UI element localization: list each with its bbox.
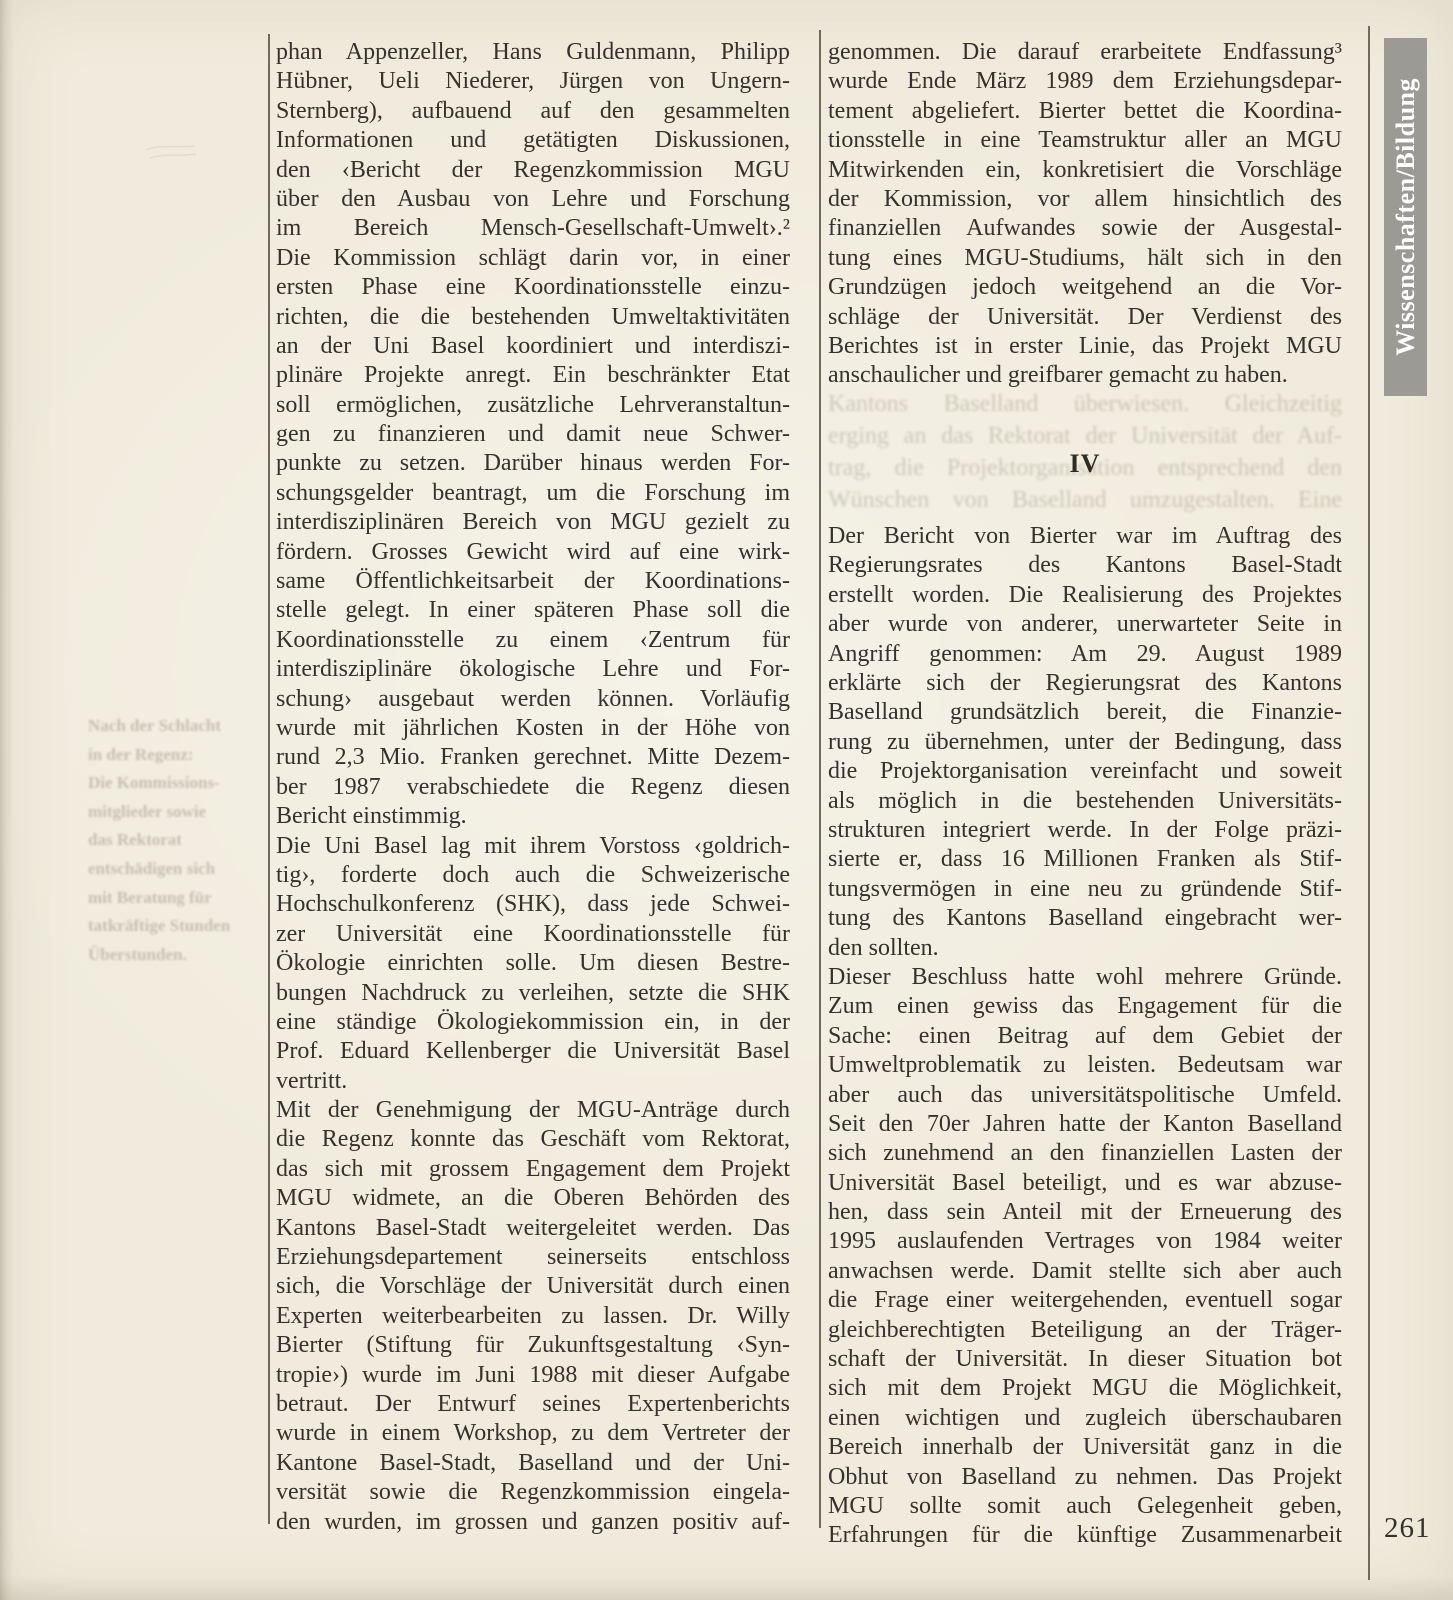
text-line: schaft der Universität. In dieser Situat… [828, 1345, 1342, 1374]
text-line: MGU sollte somit auch Gelegenheit geben, [828, 1492, 1342, 1521]
text-line: Bericht einstimmig. [276, 802, 790, 831]
text-line: erstellt worden. Die Realisierung des Pr… [828, 581, 1342, 610]
text-line: Experten weiterbearbeiten zu lassen. Dr.… [276, 1302, 790, 1331]
text-line: Baselland grundsätzlich bereit, die Fina… [828, 698, 1342, 727]
left-text-column: phan Appenzeller, Hans Guldenmann, Phili… [276, 38, 790, 1537]
text-line: Universität Basel beteiligt, und es war … [828, 1169, 1342, 1198]
text-line: Der Bericht von Bierter war im Auftrag d… [828, 522, 1342, 551]
text-line: tatkräftige Stunden [88, 912, 260, 941]
text-line: Mit der Genehmigung der MGU-Anträge durc… [276, 1096, 790, 1125]
text-line: Dieser Beschluss hatte wohl mehrere Grün… [828, 963, 1342, 992]
text-line: Kantone Basel-Stadt, Baselland und der U… [276, 1449, 790, 1478]
text-line: Die Kommissions- [88, 769, 260, 798]
text-line: anschaulicher und greifbarer gemacht zu … [828, 361, 1342, 390]
text-line: schungsgelder beantragt, um die Forschun… [276, 479, 790, 508]
text-line: die Frage einer weitergehenden, eventuel… [828, 1286, 1342, 1315]
text-line: interdisziplinären Bereich von MGU gezie… [276, 508, 790, 537]
text-line: versität sowie die Regenzkommission eing… [276, 1478, 790, 1507]
section-tab: Wissenschaften/Bildung [1384, 38, 1427, 396]
right-text-column: genommen. Die darauf erarbeitete Endfass… [828, 38, 1342, 1551]
text-line: MGU widmete, an die Oberen Behörden des [276, 1184, 790, 1213]
text-line: sich, die Vorschläge der Universität dur… [276, 1272, 790, 1301]
text-line: fördern. Grosses Gewicht wird auf eine w… [276, 538, 790, 567]
text-line: Hochschulkonferenz (SHK), dass jede Schw… [276, 890, 790, 919]
paper-crease-mark [142, 140, 202, 170]
right-column-top-block: genommen. Die darauf erarbeitete Endfass… [828, 38, 1342, 391]
text-line: tungsvermögen in eine neu zu gründende S… [828, 875, 1342, 904]
text-line: mitglieder sowie [88, 798, 260, 827]
text-line: rund 2,3 Mio. Franken gerechnet. Mitte D… [276, 743, 790, 772]
text-line: tig›, forderte doch auch die Schweizeris… [276, 861, 790, 890]
ghost-margin-caption: Nach der Schlachtin der Regenz:Die Kommi… [88, 712, 260, 969]
text-line: tropie›) wurde im Juni 1988 mit dieser A… [276, 1361, 790, 1390]
text-line: Angriff genommen: Am 29. August 1989 [828, 640, 1342, 669]
text-line: hen, dass sein Anteil mit der Erneuerung… [828, 1198, 1342, 1227]
text-line: Bereich innerhalb der Universität ganz i… [828, 1433, 1342, 1462]
text-line: Zum einen gewiss das Engagement für die [828, 992, 1342, 1021]
text-line: der Kommission, vor allem hinsichtlich d… [828, 185, 1342, 214]
text-line: das Rektorat [88, 826, 260, 855]
text-line: schung› ausgebaut werden können. Vorläuf… [276, 685, 790, 714]
text-line: Erfahrungen für die künftige Zusammenarb… [828, 1521, 1342, 1550]
text-line: anwachsen werde. Damit stellte sich aber… [828, 1257, 1342, 1286]
right-margin-rule [1368, 26, 1370, 1580]
text-line: mit Beratung für [88, 884, 260, 913]
section-tab-label: Wissenschaften/Bildung [1391, 78, 1421, 356]
text-line: Hübner, Ueli Niederer, Jürgen von Ungern… [276, 67, 790, 96]
text-line: Bierter (Stiftung für Zukunftsgestaltung… [276, 1331, 790, 1360]
text-line: Seit den 70er Jahren hatte der Kanton Ba… [828, 1110, 1342, 1139]
text-line: gleichberechtigten Beteiligung an der Tr… [828, 1316, 1342, 1345]
text-line: sich zunehmend an den finanziellen Laste… [828, 1139, 1342, 1168]
text-line: schläge der Universität. Der Verdienst d… [828, 303, 1342, 332]
text-line: plinäre Projekte anregt. Ein beschränkte… [276, 361, 790, 390]
text-line: Die Kommission schlägt darin vor, in ein… [276, 244, 790, 273]
text-line: erklärte sich der Regierungsrat des Kant… [828, 669, 1342, 698]
text-line: tement abgeliefert. Bierter bettet die K… [828, 97, 1342, 126]
text-line: Ökologie einrichten solle. Um diesen Bes… [276, 949, 790, 978]
text-line: genommen. Die darauf erarbeitete Endfass… [828, 38, 1342, 67]
center-column-rule [819, 30, 821, 1528]
text-line: die Projektorganisation vereinfacht und … [828, 757, 1342, 786]
text-line: Erziehungsdepartement seinerseits entsch… [276, 1243, 790, 1272]
text-line: in der Regenz: [88, 741, 260, 770]
text-line: das sich mit grossem Engagement dem Proj… [276, 1155, 790, 1184]
text-line: Die Uni Basel lag mit ihrem Vorstoss ‹go… [276, 832, 790, 861]
text-line: sich mit dem Projekt MGU die Möglichkeit… [828, 1374, 1342, 1403]
text-line: Regierungsrates des Kantons Basel-Stadt [828, 551, 1342, 580]
text-line: Umweltproblematik zu leisten. Bedeutsam … [828, 1051, 1342, 1080]
text-line: den sollten. [828, 934, 1342, 963]
text-line: finanziellen Aufwandes sowie der Ausgest… [828, 214, 1342, 243]
text-line: aber wurde von anderer, unerwarteter Sei… [828, 610, 1342, 639]
text-line: tung eines MGU-Studiums, hält sich in de… [828, 244, 1342, 273]
text-line: Nach der Schlacht [88, 712, 260, 741]
text-line: stelle gelegt. In einer späteren Phase s… [276, 596, 790, 625]
text-line: wurde in einem Workshop, zu dem Vertrete… [276, 1419, 790, 1448]
text-line: die Regenz konnte das Geschäft vom Rekto… [276, 1125, 790, 1154]
text-line: interdisziplinäre ökologische Lehre und … [276, 655, 790, 684]
text-line: tionsstelle in eine Teamstruktur aller a… [828, 126, 1342, 155]
text-line: Berichtes ist in erster Linie, das Proje… [828, 332, 1342, 361]
text-line: wurde mit jährlichen Kosten in der Höhe … [276, 714, 790, 743]
text-line: eine ständige Ökologiekommission ein, in… [276, 1008, 790, 1037]
text-line: ersten Phase eine Koordinationsstelle ei… [276, 273, 790, 302]
text-line: gen zu finanzieren und damit neue Schwer… [276, 420, 790, 449]
text-line: Kantons Basel-Stadt weitergeleitet werde… [276, 1214, 790, 1243]
text-line: Prof. Eduard Kellenberger die Universitä… [276, 1037, 790, 1066]
text-line: soll ermöglichen, zusätzliche Lehrverans… [276, 391, 790, 420]
text-line: Sache: einen Beitrag auf dem Gebiet der [828, 1022, 1342, 1051]
text-line: wurde Ende März 1989 dem Erziehungsdepar… [828, 67, 1342, 96]
text-line: den ‹Bericht der Regenzkommission MGU [276, 156, 790, 185]
text-line: same Öffentlichkeitsarbeit der Koordinat… [276, 567, 790, 596]
text-line: an der Uni Basel koordiniert und interdi… [276, 332, 790, 361]
text-line: Obhut von Baselland zu nehmen. Das Proje… [828, 1463, 1342, 1492]
text-line: als möglich in die bestehenden Universit… [828, 787, 1342, 816]
text-line: im Bereich Mensch-Gesellschaft-Umwelt›.² [276, 214, 790, 243]
scanned-journal-page: Nach der Schlachtin der Regenz:Die Kommi… [0, 0, 1453, 1600]
left-column-rule [268, 34, 270, 1524]
text-line: strukturen integriert werde. In der Folg… [828, 816, 1342, 845]
text-line: Sternberg), aufbauend auf den gesammelte… [276, 97, 790, 126]
right-column-bottom-block: Der Bericht von Bierter war im Auftrag d… [828, 522, 1342, 1551]
text-line: aber auch das universitätspolitische Umf… [828, 1081, 1342, 1110]
text-line: 1995 auslaufenden Vertrages von 1984 wei… [828, 1227, 1342, 1256]
text-line: vertritt. [276, 1067, 790, 1096]
text-line: rung zu übernehmen, unter der Bedingung,… [828, 728, 1342, 757]
text-line: punkte zu setzen. Darüber hinaus werden … [276, 449, 790, 478]
text-line: richten, die die bestehenden Umweltaktiv… [276, 303, 790, 332]
section-heading-iv: IV [828, 449, 1342, 478]
text-line: einen wichtigen und zugleich überschauba… [828, 1404, 1342, 1433]
text-line: sierte er, dass 16 Millionen Franken als… [828, 845, 1342, 874]
text-line: entschädigen sich [88, 855, 260, 884]
text-line: über den Ausbau von Lehre und Forschung [276, 185, 790, 214]
text-line: Mitwirkenden ein, konkretisiert die Vors… [828, 156, 1342, 185]
page-number: 261 [1384, 1512, 1431, 1545]
text-line: den wurden, im grossen und ganzen positi… [276, 1508, 790, 1537]
text-line: tung des Kantons Baselland eingebracht w… [828, 904, 1342, 933]
text-line: bungen Nachdruck zu verleihen, setzte di… [276, 979, 790, 1008]
text-line: zer Universität eine Koordinationsstelle… [276, 920, 790, 949]
text-line: phan Appenzeller, Hans Guldenmann, Phili… [276, 38, 790, 67]
text-line: Überstunden. [88, 941, 260, 970]
text-line: Koordinationsstelle zu einem ‹Zentrum fü… [276, 626, 790, 655]
text-line: Informationen und getätigten Diskussione… [276, 126, 790, 155]
text-line: betraut. Der Entwurf seines Expertenberi… [276, 1390, 790, 1419]
text-line: ber 1987 verabschiedete die Regenz diese… [276, 773, 790, 802]
text-line: Grundzügen jedoch weitgehend an die Vor- [828, 273, 1342, 302]
